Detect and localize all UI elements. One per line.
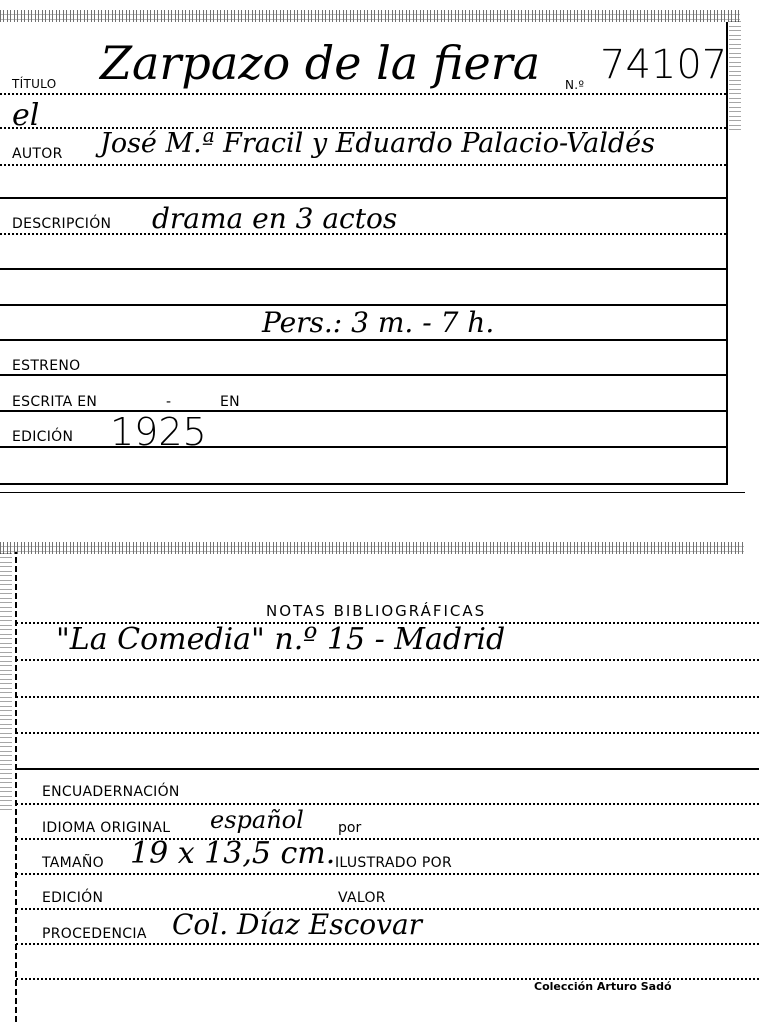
titulo-value: Zarpazo de la fiera bbox=[100, 36, 540, 90]
procedencia-label: PROCEDENCIA bbox=[42, 926, 147, 942]
field-line bbox=[0, 268, 726, 270]
edicion-label: EDICIÓN bbox=[12, 429, 73, 445]
field-line bbox=[0, 446, 726, 448]
field-line bbox=[0, 93, 726, 95]
field-line bbox=[16, 943, 759, 945]
estreno-label: ESTRENO bbox=[12, 358, 80, 374]
ilustrado-por-label: ILUSTRADO POR bbox=[335, 855, 452, 871]
valor-label: VALOR bbox=[338, 890, 386, 906]
notas-value: "La Comedia" n.º 15 - Madrid bbox=[56, 622, 505, 657]
scan-noise-edge bbox=[729, 20, 741, 130]
idioma-original-value: español bbox=[210, 806, 304, 834]
tamano-value: 19 x 13,5 cm. bbox=[130, 836, 335, 871]
collection-credit: Colección Arturo Sadó bbox=[534, 980, 672, 993]
scan-noise-edge bbox=[0, 10, 740, 22]
field-line bbox=[0, 197, 726, 199]
edicion-back-label: EDICIÓN bbox=[42, 890, 103, 906]
idioma-original-label: IDIOMA ORIGINAL bbox=[42, 820, 170, 836]
numero-value: 74107 bbox=[600, 42, 727, 88]
field-line bbox=[16, 696, 759, 698]
field-line bbox=[0, 339, 726, 341]
tamano-label: TAMAÑO bbox=[42, 855, 104, 871]
catalog-card-back: NOTAS BIBLIOGRÁFICAS "La Comedia" n.º 15… bbox=[0, 530, 759, 1028]
scan-noise-edge bbox=[0, 550, 12, 810]
field-line bbox=[0, 164, 726, 166]
field-line bbox=[0, 374, 726, 376]
procedencia-value: Col. Díaz Escovar bbox=[172, 908, 422, 941]
numero-label: N.º bbox=[565, 78, 584, 92]
card-edge bbox=[0, 492, 745, 493]
traducido-por-label: por bbox=[338, 820, 361, 836]
encuadernacion-label: ENCUADERNACIÓN bbox=[42, 784, 180, 800]
descripcion-label: DESCRIPCIÓN bbox=[12, 216, 111, 232]
autor-value: José M.ª Fracil y Eduardo Palacio-Valdés bbox=[100, 128, 655, 159]
escrita-en-label: ESCRITA EN bbox=[12, 394, 97, 410]
catalog-card-front: TÍTULO Zarpazo de la fiera N.º 74107 el … bbox=[0, 0, 759, 500]
field-line bbox=[0, 233, 726, 235]
card-border bbox=[726, 22, 728, 484]
field-line bbox=[16, 732, 759, 734]
field-line bbox=[16, 659, 759, 661]
autor-label: AUTOR bbox=[12, 146, 63, 162]
descripcion-note: Pers.: 3 m. - 7 h. bbox=[262, 306, 494, 339]
field-line bbox=[16, 803, 759, 805]
scan-noise-edge bbox=[0, 542, 744, 554]
notas-heading: NOTAS BIBLIOGRÁFICAS bbox=[266, 602, 486, 620]
en-label: EN bbox=[220, 394, 240, 410]
descripcion-value: drama en 3 actos bbox=[152, 202, 397, 235]
field-line bbox=[16, 838, 759, 840]
field-line bbox=[16, 768, 759, 770]
escrita-en-value: - bbox=[166, 394, 171, 410]
card-border bbox=[0, 483, 728, 485]
field-line bbox=[0, 410, 726, 412]
field-line bbox=[16, 873, 759, 875]
titulo-label: TÍTULO bbox=[12, 77, 57, 91]
